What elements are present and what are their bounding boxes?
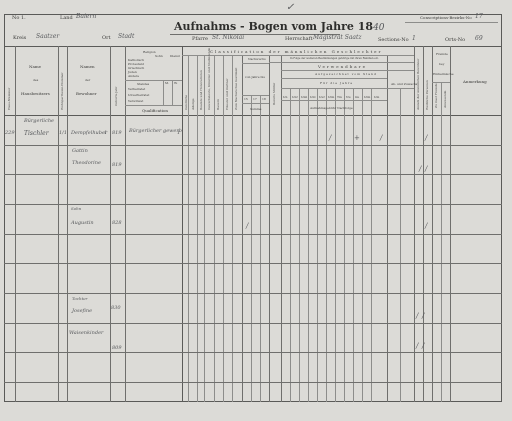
conscriptions-value: 17 [475,13,483,20]
haus-no: 229 [5,130,15,136]
pfarre-value: St. Nikolai [212,34,244,41]
sections-value: 1 [412,35,416,42]
page-title: Aufnahms - Bogen vom Jahre 1840 [174,20,385,33]
col-owner-1: Name [29,64,41,69]
col-owner-2: des [33,78,38,82]
col-resident-1: Namen [80,64,95,69]
herrschaft-label: Herrschaft [285,36,313,42]
col-haus-no: Haus-Nummer [7,80,11,110]
ort-label: Ort [102,35,111,41]
col-anmerkung: Anmerkung [463,79,487,84]
owner-name-2: Tischler [24,130,49,137]
land-label: Land [60,15,73,21]
classification-title: Classification der männlichen Geschlecht… [210,49,382,54]
kreis-value: Saatzer [36,33,59,40]
ort-value: Stadt [118,33,134,40]
col-geburtsjahr: Geburts-Jahr [114,82,118,106]
sections-label: Sections-No [378,37,409,43]
qualification: Bürgerlicher gewerb [129,128,182,134]
resident-name: Dempfelhuber [71,130,107,136]
pfarre-label: Pfarre [192,36,208,42]
orts-value: 69 [475,35,483,42]
form-number: No 1. [12,15,26,21]
col-wohnpartei-no: Wohnpartheien-Nummer [60,60,64,110]
col-resident-2: der [85,78,90,82]
herrschaft-value: Magistrat Saatz [313,34,362,41]
religion-title: Religion [143,50,156,54]
verwendbare: Verwendbare [318,64,367,69]
check-mark: ✓ [286,2,294,13]
stand-title: Standes [137,82,149,86]
in-anbetracht: In Folge der weiteren Bestimmungen gehör… [290,57,379,60]
owner-mark: 1/1 [59,130,67,136]
kreis-label: Kreis [13,35,26,41]
owner-name-1: Bürgerliche [24,118,54,124]
col-owner-3: Hausbesitzers [21,91,50,96]
census-form-sheet: No 1. Land Baiern Conscriptions-Bezirks-… [0,0,512,421]
col-resident-3: Bewohner [76,91,97,96]
orts-label: Orts-No [445,37,465,43]
conscriptions-label: Conscriptions-Bezirks-No [420,15,472,20]
land-value: Baiern [76,13,96,20]
col-qualification: Qualification [142,108,168,113]
nachwuchs-title: Nachwuchs [248,57,266,61]
year-value: 40 [373,23,384,33]
birth-year: 819 [112,130,122,136]
